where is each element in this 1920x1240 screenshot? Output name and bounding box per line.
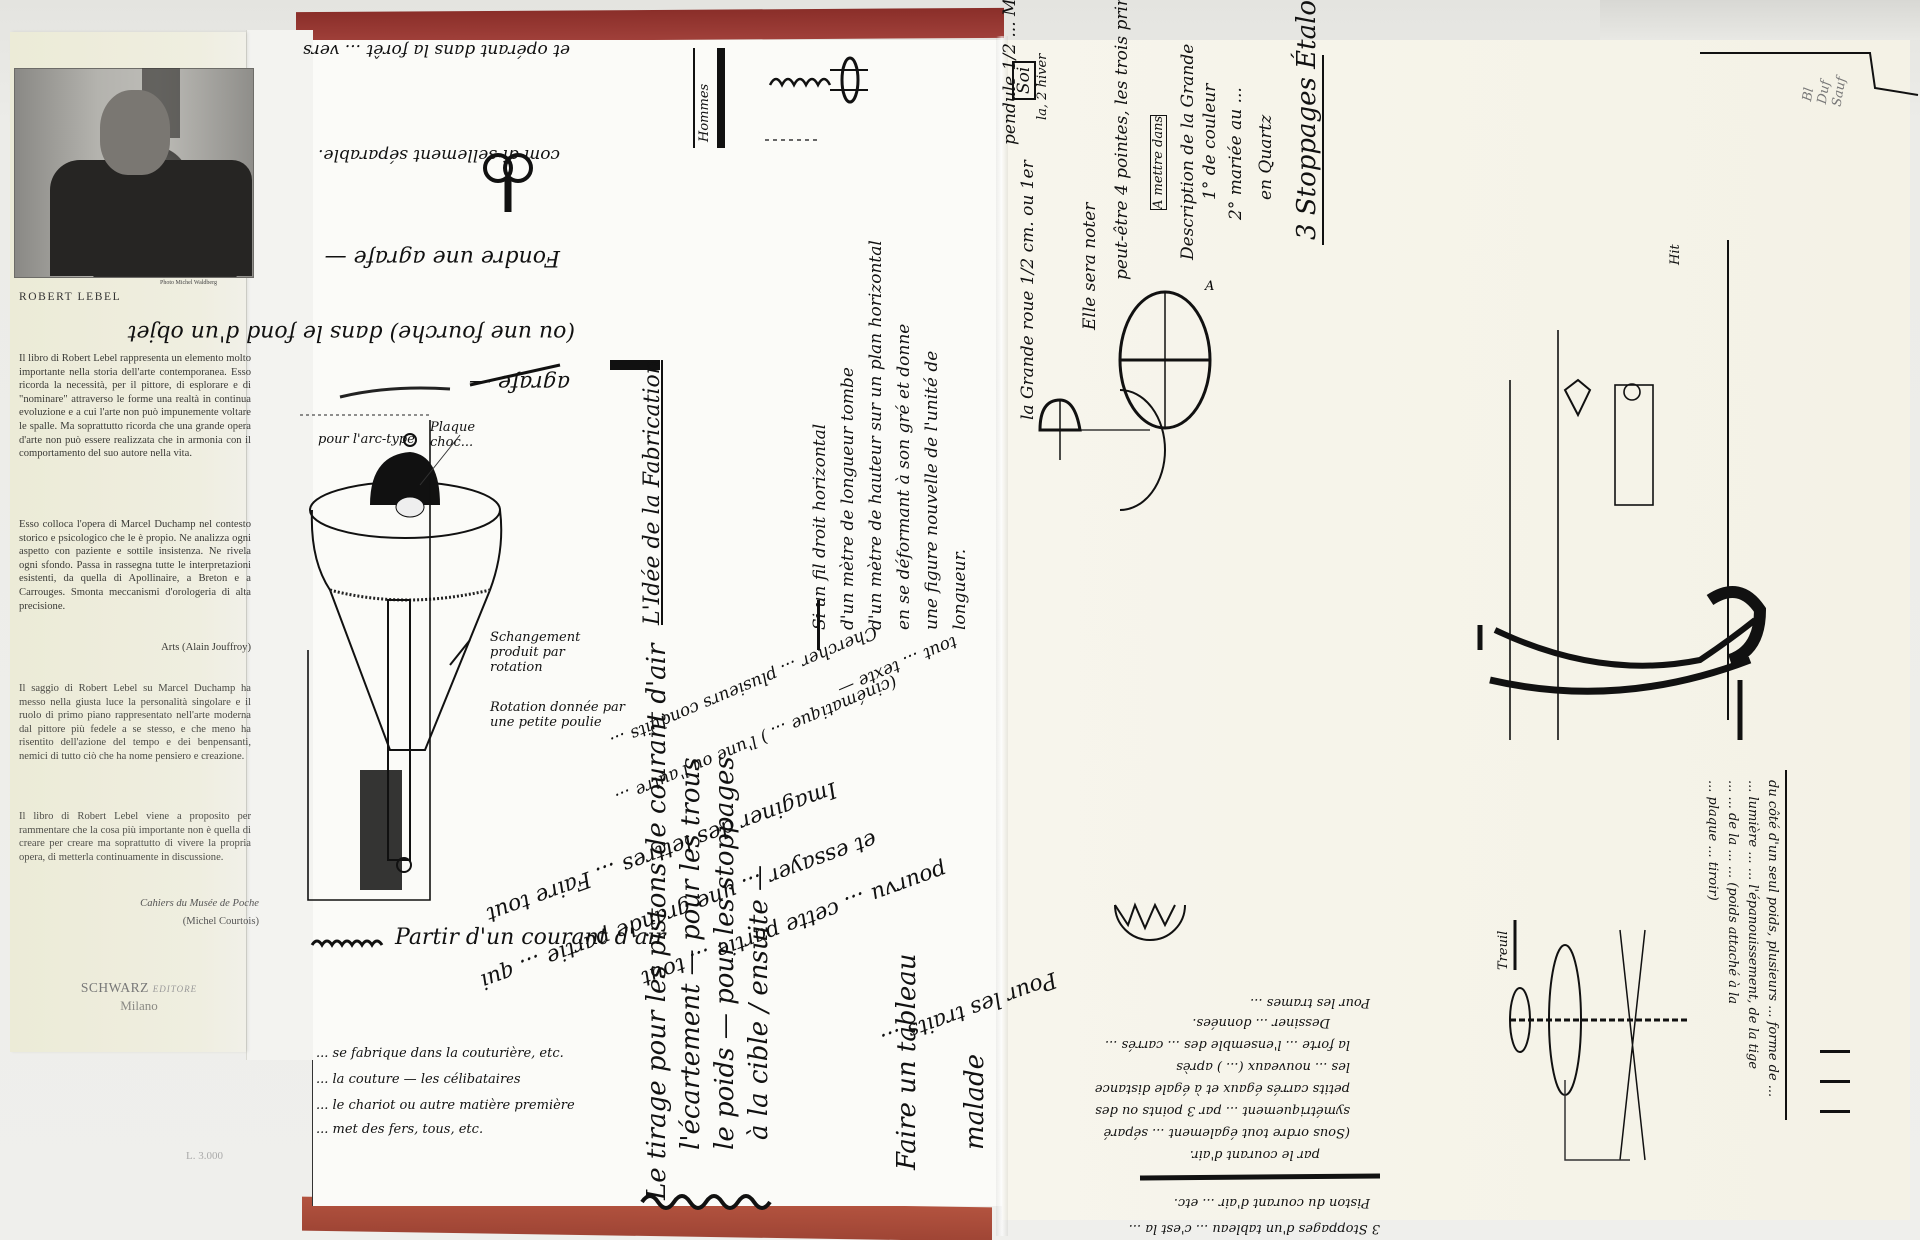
- publisher-city: Milano: [19, 998, 259, 1014]
- note-mariee: 2° mariée au ...: [1226, 87, 1246, 220]
- note-line: d'un mètre de longueur tombe: [838, 367, 858, 630]
- note-line: les ... nouveaux (... ) après: [1176, 1059, 1350, 1074]
- dash-mark: [817, 600, 820, 650]
- note-line: 3 Stoppages d'un tableau ... c'est la ..…: [1129, 1221, 1380, 1236]
- note-small-1: ... se fabrique dans la couturière, etc.: [316, 1046, 564, 1061]
- note-line: en se déformant à son gré et donne: [894, 324, 914, 630]
- note-line: d'un mètre de hauteur sur un plan horizo…: [866, 240, 886, 630]
- note-inverted-middle-2: (ou une fourche) dans le fond d'un objet: [128, 320, 575, 345]
- note-line: petits carrés égaux et à égale distance: [1095, 1081, 1350, 1096]
- flap-paragraph-4: Il libro di Robert Lebel viene a proposi…: [19, 810, 251, 864]
- photo-credit: Photo Michel Waldberg: [160, 280, 217, 286]
- top-right-bracket: [1700, 50, 1920, 100]
- note-line: longueur.: [950, 549, 970, 630]
- tick-mark: [1820, 1050, 1850, 1053]
- note-line: Piston du courant d'air ... etc.: [1174, 1195, 1370, 1210]
- tick-mark: [1820, 1110, 1850, 1113]
- publisher-suffix: EDITORE: [153, 984, 197, 994]
- note-line: Si un fil droit horizontal: [810, 424, 830, 630]
- note-description: Description de la Grande: [1178, 44, 1198, 260]
- note-line: Dessiner ... données.: [1192, 1015, 1330, 1030]
- zigzag-semicircle-sketch: [1110, 900, 1190, 970]
- flap-paragraph-1: Il libro di Robert Lebel rappresenta un …: [19, 352, 251, 461]
- scribble-marks: [330, 345, 730, 405]
- vertical-rule: [1322, 55, 1324, 245]
- note-right-inverted-4: ... plaque ... tiroir): [1705, 780, 1720, 901]
- note-boxed-soi: Soi: [1012, 61, 1036, 100]
- note-line: une figure nouvelle de l'unité de: [922, 351, 942, 630]
- loop-sketch-icon: [480, 150, 540, 220]
- scribble-strike: [312, 935, 392, 955]
- cone-label-4: Rotation donnée par une petite poulie: [490, 700, 630, 730]
- vertical-rule-right: [1785, 770, 1787, 1120]
- cone-label-2: Plaque choc...: [430, 420, 510, 450]
- tick-mark: [1820, 1080, 1850, 1083]
- flap-paragraph-3: Il saggio di Robert Lebel su Marcel Duch…: [19, 682, 251, 764]
- note-inverted-top-1: et opérant dans la forêt ... vers: [303, 40, 570, 60]
- background-shadow: [1600, 0, 1920, 40]
- flap-attribution-2-source: Cahiers du Musée de Poche: [19, 898, 259, 909]
- note-line: par le courant d'air.: [1190, 1147, 1320, 1162]
- note-couleur: 1° de couleur: [1200, 84, 1220, 200]
- note-line: la forte ... l'ensemble des ... carrés .…: [1105, 1037, 1350, 1052]
- cone-label-3: Schangement produit par rotation: [490, 630, 620, 675]
- photo-figure-head: [100, 90, 170, 175]
- note-small-4: ... met des fers, tous, etc.: [316, 1122, 483, 1137]
- author-name: ROBERT LEBEL: [19, 291, 121, 303]
- flap-attribution-2-author: (Michel Courtois): [19, 916, 259, 927]
- note-small-2: ... la couture — les célibataires: [316, 1072, 521, 1087]
- note-line: (Sous ordre tout également ... séparé: [1104, 1125, 1350, 1140]
- note-3-stoppages-etalon: 3 Stoppages Étalon: [1292, 0, 1322, 240]
- publisher-label: SCHWARZ: [81, 980, 149, 995]
- spring-sketch-icon: [760, 45, 870, 145]
- pulley-sketch: [1490, 920, 1750, 1220]
- flap-paragraph-2: Esso colloca l'opera di Marcel Duchamp n…: [19, 518, 251, 613]
- note-4-pointes: peut-être 4 pointes, les trois principal…: [1112, 0, 1132, 280]
- red-cloth-binding-top: [296, 8, 1004, 42]
- note-line: symétriquement ... par 3 points ou des: [1095, 1103, 1350, 1118]
- note-vertical-tableau: Faire un tableau: [892, 954, 922, 1170]
- publisher-name: SCHWARZ EDITORE: [19, 980, 259, 996]
- note-title-fabrication: L'Idée de la Fabrication: [640, 360, 665, 625]
- note-vertical-cible: à la cible / ensuite —: [744, 865, 774, 1140]
- note-right-inverted-1: du côté d'un seul poids, plusieurs ... f…: [1765, 780, 1780, 1097]
- note-quartz: en Quartz: [1256, 115, 1276, 200]
- note-a-mettre: A mettre dans: [1150, 115, 1167, 210]
- heavy-strike-line: [1140, 1170, 1380, 1186]
- note-line: Pour les trames ...: [1250, 995, 1370, 1010]
- note-inverted-middle-1: Fondre une agrafe —: [325, 245, 560, 270]
- note-hiver: la, 2 hiver: [1035, 54, 1050, 120]
- note-small-3: ... le chariot ou autre matière première: [316, 1098, 575, 1113]
- note-vertical-malade: malade: [960, 1054, 990, 1150]
- price-label: L. 3.000: [186, 1150, 223, 1162]
- note-treuil: Treuil: [1496, 931, 1511, 970]
- jacket-fold: [996, 36, 1008, 1236]
- boxed-label-text: Hommes: [697, 84, 712, 142]
- chain-scribble: [642, 1190, 772, 1214]
- photo-figure-body: [50, 160, 252, 276]
- cone-label-1: pour l'arc-type: [318, 432, 415, 447]
- sphere-diagram: A: [1020, 260, 1250, 560]
- glider-diagram: [1400, 240, 1920, 740]
- diagram-label-hit: Hit: [1668, 244, 1683, 265]
- svg-text:A: A: [1204, 279, 1214, 294]
- flap-attribution-1: Arts (Alain Jouffroy): [19, 642, 251, 653]
